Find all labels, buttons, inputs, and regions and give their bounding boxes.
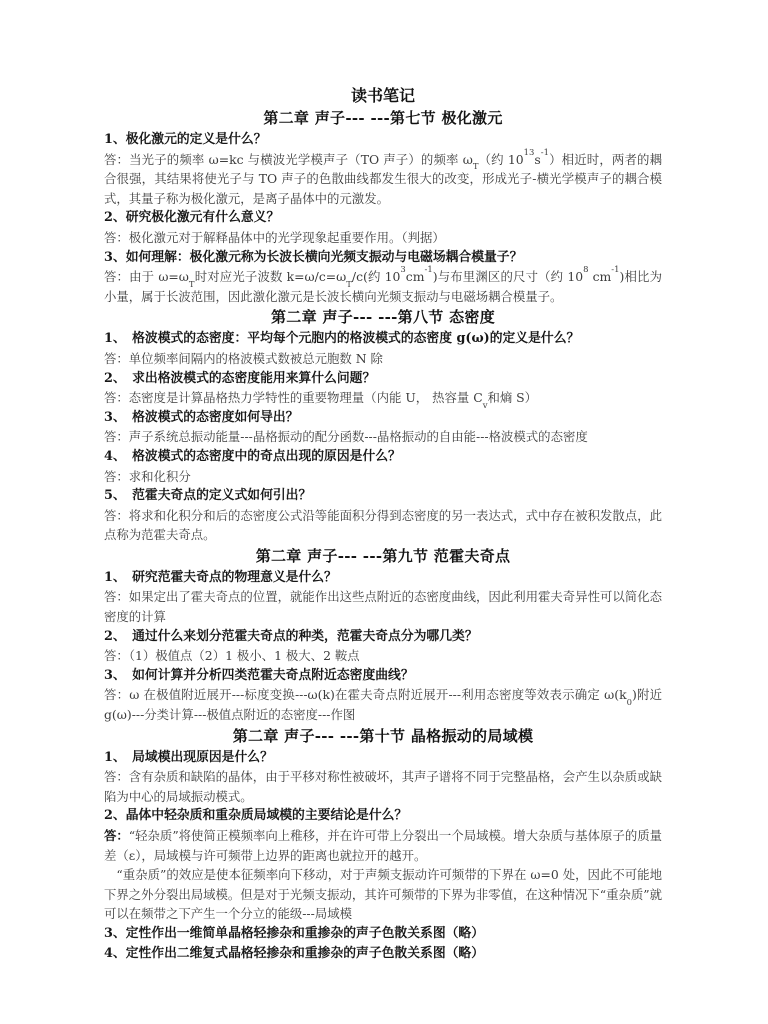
question-line: 1、 局域模出现原因是什么？ — [104, 748, 662, 768]
answer-line: 答：如果定出了霍夫奇点的位置，就能作出这些点附近的态密度曲线，因此利用霍夫奇异性… — [104, 587, 662, 626]
question-line: 4、定性作出二维复式晶格轻掺杂和重掺杂的声子色散关系图（略） — [104, 944, 662, 964]
answer-line: 答：声子系统总振动能量---晶格振动的配分函数---晶格振动的自由能---格波模… — [104, 427, 662, 447]
section-van-hove: 第二章 声子--- ---第九节 范霍夫奇点 1、 研究范霍夫奇点的物理意义是什… — [104, 545, 662, 725]
question-line: 2、研究极化激元有什么意义？ — [104, 208, 662, 228]
answer-line: 答：极化激元对于解释晶体中的光学现象起重要作用。（判据） — [104, 228, 662, 248]
answer-line: 答：当光子的频率 ω=kc 与横波光学模声子（TO 声子）的频率 ωT（约 10… — [104, 150, 662, 209]
section-heading: 第二章 声子--- ---第七节 极化激元 — [104, 107, 662, 130]
answer-line: 答：“轻杂质”将使简正模频率向上稚移，并在许可带上分裂出一个局域模。增大杂质与基… — [104, 826, 662, 865]
answer-line: 答：ω 在极值附近展开---标度变换---ω(k)在霍夫奇点附近展开---利用态… — [104, 685, 662, 724]
question-line: 1、 格波模式的态密度：平均每个元胞内的格波模式的态密度 g(ω)的定义是什么？ — [104, 329, 662, 349]
answer-line: 答：将求和化积分和后的态密度公式沿等能面积分得到态密度的另一表达式，式中存在被积… — [104, 506, 662, 545]
question-line: 3、如何理解：极化激元称为长波长横向光频支振动与电磁场耦合模量子？ — [104, 248, 662, 268]
answer-line: 答：求和化积分 — [104, 467, 662, 487]
answer-line: 答：由于 ω=ωT时对应光子波数 k=ω/c=ωT/c(约 103cm-1)与布… — [104, 267, 662, 306]
section-heading: 第二章 声子--- ---第九节 范霍夫奇点 — [104, 545, 662, 568]
document-page: 读书笔记 第二章 声子--- ---第七节 极化激元 1、极化激元的定义是什么？… — [0, 0, 768, 1024]
question-line: 1、极化激元的定义是什么？ — [104, 130, 662, 150]
answer-prefix: 答： — [104, 828, 129, 843]
question-line: 3、定性作出一维简单晶格轻掺杂和重掺杂的声子色散关系图（略） — [104, 924, 662, 944]
answer-line: 答：单位频率间隔内的格波模式数被总元胞数 N 除 — [104, 349, 662, 369]
answer-line: 答：（1）极值点（2）1 极小、1 极大、2 鞍点 — [104, 646, 662, 666]
question-line: 5、 范霍夫奇点的定义式如何引出？ — [104, 486, 662, 506]
answer-line: “重杂质”的效应是使本征频率向下移动，对于声频支振动许可频带的下界在 ω=0 处… — [104, 865, 662, 924]
section-polariton: 第二章 声子--- ---第七节 极化激元 1、极化激元的定义是什么？ 答：当光… — [104, 107, 662, 306]
question-line: 3、 格波模式的态密度如何导出？ — [104, 408, 662, 428]
question-line: 1、 研究范霍夫奇点的物理意义是什么？ — [104, 568, 662, 588]
question-line: 3、 如何计算并分析四类范霍夫奇点附近态密度曲线？ — [104, 666, 662, 686]
question-line: 2、 求出格波模式的态密度能用来算什么问题？ — [104, 369, 662, 389]
question-line: 2、 通过什么来划分范霍夫奇点的种类，范霍夫奇点分为哪几类？ — [104, 627, 662, 647]
section-heading: 第二章 声子--- ---第十节 晶格振动的局域模 — [104, 725, 662, 748]
section-density-of-states: 第二章 声子--- ---第八节 态密度 1、 格波模式的态密度：平均每个元胞内… — [104, 306, 662, 545]
question-line: 4、 格波模式的态密度中的奇点出现的原因是什么？ — [104, 447, 662, 467]
section-heading: 第二章 声子--- ---第八节 态密度 — [104, 306, 662, 329]
question-line: 2、晶体中轻杂质和重杂质局域模的主要结论是什么？ — [104, 806, 662, 826]
answer-line: 答：含有杂质和缺陷的晶体，由于平移对称性被破坏，其声子谱将不同于完整晶格，会产生… — [104, 767, 662, 806]
doc-title: 读书笔记 — [104, 84, 662, 107]
answer-text: “轻杂质”将使简正模频率向上稚移，并在许可带上分裂出一个局域模。增大杂质与基体原… — [104, 828, 662, 863]
section-local-modes: 第二章 声子--- ---第十节 晶格振动的局域模 1、 局域模出现原因是什么？… — [104, 725, 662, 964]
answer-line: 答：态密度是计算晶格热力学特性的重要物理量（内能 U， 热容量 Cv和熵 S） — [104, 388, 662, 408]
